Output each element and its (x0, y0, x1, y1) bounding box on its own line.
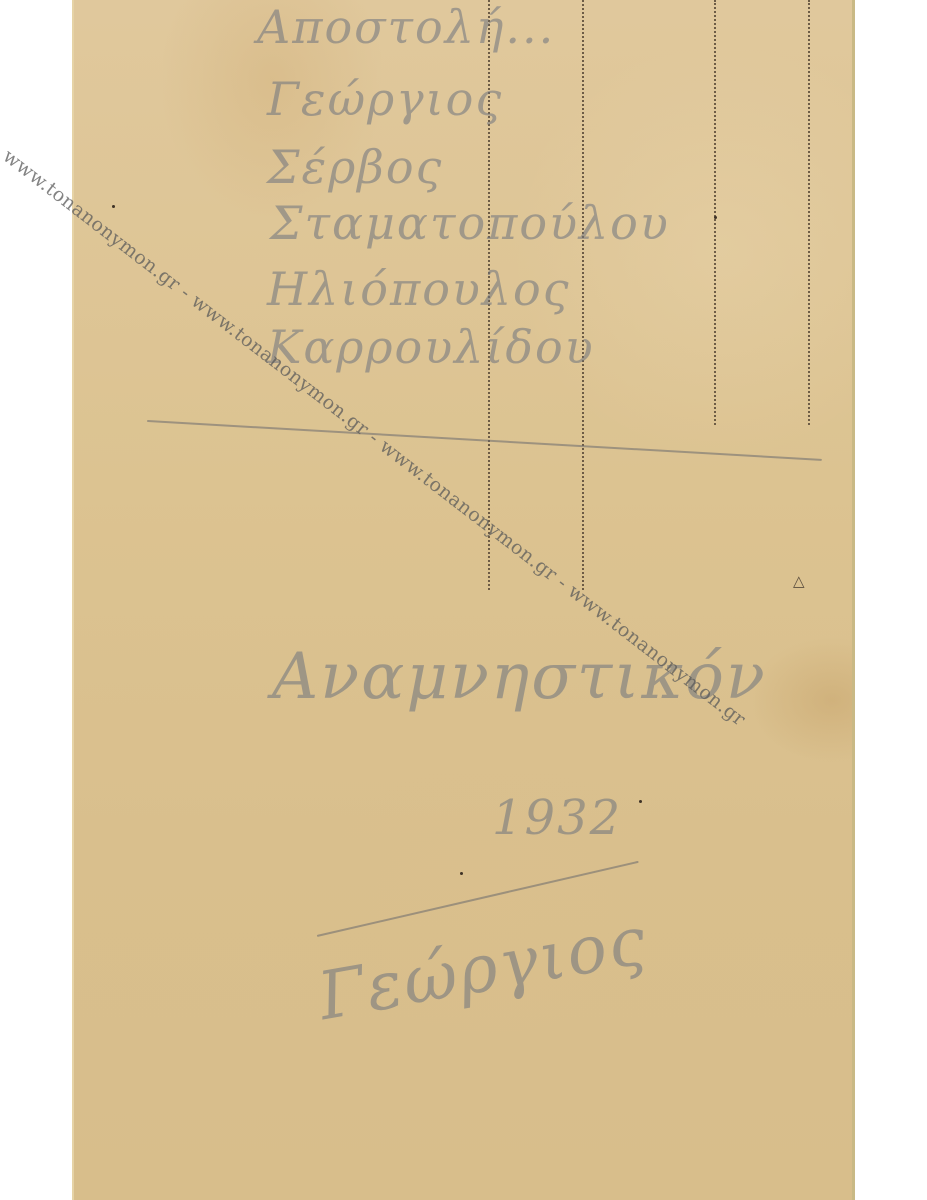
paper-speck (639, 800, 642, 803)
handwriting-line-5: Ηλιόπουλος (267, 262, 571, 316)
triangle-mark: △ (793, 572, 805, 590)
handwriting-line-4: Σταματοπούλου (270, 196, 670, 250)
pencil-underline (147, 420, 822, 461)
paper-speck (714, 216, 717, 219)
handwriting-line-3: Σέρβος (267, 140, 443, 194)
dotted-rule-3 (714, 0, 716, 425)
handwriting-line-1: Αποστολή... (257, 0, 555, 54)
inscription-signature: Γεώργιος (313, 902, 653, 1035)
postcard-back: Αποστολή... Γεώργιος Σέρβος Σταματοπούλο… (72, 0, 855, 1200)
paper-speck (112, 205, 115, 208)
paper-speck (460, 872, 463, 875)
handwriting-line-6: Καρρουλίδου (267, 320, 595, 374)
inscription-year: 1932 (492, 790, 622, 846)
handwriting-line-2: Γεώργιος (267, 72, 503, 126)
dotted-rule-2 (582, 0, 584, 590)
dotted-rule-4 (808, 0, 810, 425)
